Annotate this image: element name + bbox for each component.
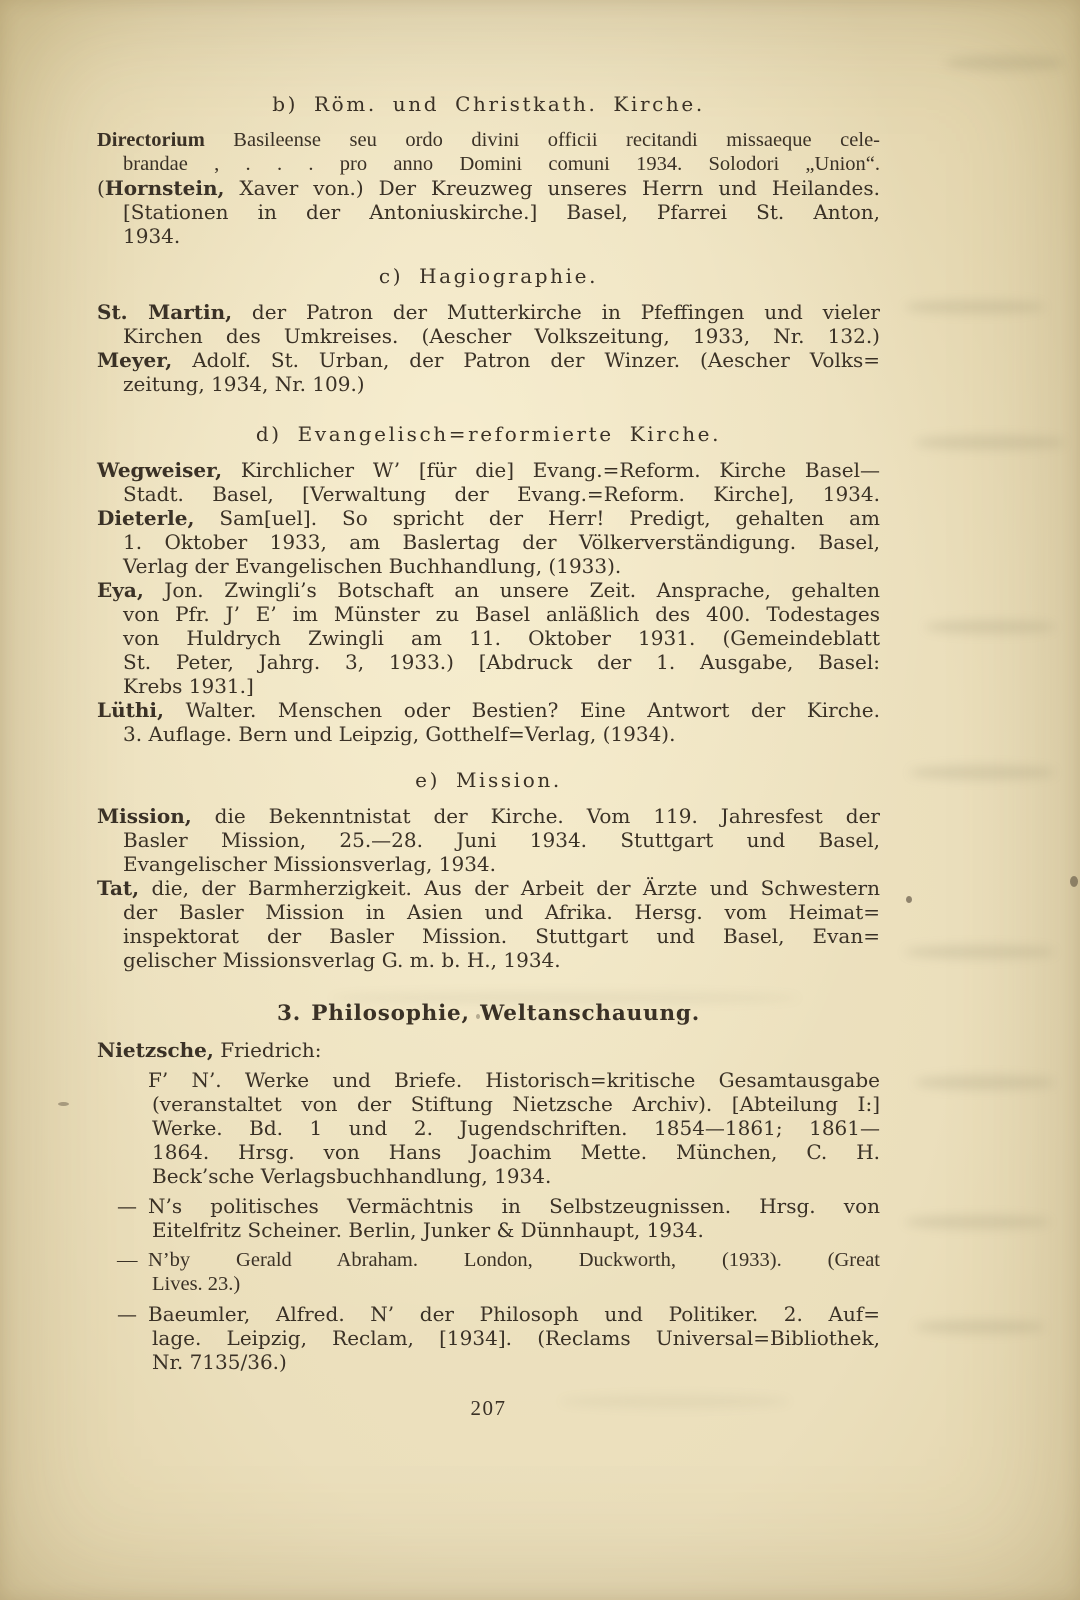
entry-line: Nr. 7135/36.) — [148, 1350, 880, 1374]
entry-text: Xaver von.) Der Kreuzweg unseres Herrn u… — [224, 176, 880, 200]
entry-text: Eitelfritz Scheiner. Berlin, Junker & Dü… — [152, 1218, 704, 1242]
entry-text: 1864. Hrsg. von Hans Joachim Mette. Münc… — [152, 1140, 880, 1164]
entry-text: Verlag der Evangelischen Buchhandlung, (… — [123, 554, 621, 578]
entry-line: von Pfr. J’ E’ im Münster zu Basel anläß… — [97, 602, 880, 626]
entry-lead: Nietzsche, — [97, 1038, 214, 1062]
entry-text: Kirchen des Umkreises. (Aescher Volkszei… — [123, 324, 880, 348]
entry-line: Stadt. Basel, [Verwaltung der Evang.=Ref… — [97, 482, 880, 506]
section-heading-d: d) Evangelisch=reformierte Kirche. — [97, 422, 880, 446]
entry-line: Evangelischer Missionsverlag, 1934. — [97, 852, 880, 876]
entry-line: [Stationen in der Antoniuskirche.] Basel… — [97, 200, 880, 224]
section-phil: 3. Philosophie, Weltanschauung.Nietzsche… — [97, 1002, 880, 1374]
entry-text: St. Peter, Jahrg. 3, 1933.) [Abdruck der… — [123, 650, 880, 674]
entry-nietzsche-vermaechtnis: —N’s politisches Vermächtnis in Selbstze… — [148, 1194, 880, 1242]
entry-text: Werke. Bd. 1 und 2. Jugendschriften. 185… — [152, 1116, 880, 1140]
showthrough-smudge — [925, 620, 1055, 634]
section-b: b) Röm. und Christkath. Kirche.Directori… — [97, 92, 880, 248]
repeat-author-dash: — — [117, 1194, 137, 1218]
entry-line: zeitung, 1934, Nr. 109.) — [97, 372, 880, 396]
entry-text: die Bekenntnistat der Kirche. Vom 119. J… — [192, 804, 880, 828]
entry-line: St. Peter, Jahrg. 3, 1933.) [Abdruck der… — [97, 650, 880, 674]
entry-wegweiser: Wegweiser, Kirchlicher W’ [für die] Evan… — [97, 458, 880, 506]
entry-line: von Huldrych Zwingli am 11. Oktober 1931… — [97, 626, 880, 650]
bibliography-content: b) Röm. und Christkath. Kirche.Directori… — [97, 92, 880, 1420]
entry-text: 1. Oktober 1933, am Baslertag der Völker… — [123, 530, 880, 554]
showthrough-smudge — [915, 1320, 1045, 1334]
entry-line: (Hornstein, Xaver von.) Der Kreuzweg uns… — [97, 176, 880, 200]
entry-text: Jon. Zwingli’s Botschaft an unsere Zeit.… — [144, 578, 880, 602]
entry-line: Lives. 23.) — [148, 1272, 880, 1296]
showthrough-smudge — [910, 765, 1055, 780]
entry-dieterle: Dieterle, Sam[uel]. So spricht der Herr!… — [97, 506, 880, 578]
entry-line: der Basler Mission in Asien und Afrika. … — [97, 900, 880, 924]
entry-tat: Tat, die, der Barmherzigkeit. Aus der Ar… — [97, 876, 880, 972]
entry-lead: Tat, — [97, 876, 139, 900]
showthrough-smudge — [915, 1075, 1055, 1090]
entry-st-martin: St. Martin, der Patron der Mutterkirche … — [97, 300, 880, 348]
entry-directorium: Directorium Basileense seu ordo divini o… — [97, 128, 880, 176]
entry-eya: Eya, Jon. Zwingli’s Botschaft an unsere … — [97, 578, 880, 698]
section-heading-b: b) Röm. und Christkath. Kirche. — [97, 92, 880, 116]
entry-line: Directorium Basileense seu ordo divini o… — [97, 128, 880, 152]
entry-mission: Mission, die Bekenntnistat der Kirche. V… — [97, 804, 880, 876]
entry-text: der Basler Mission in Asien und Afrika. … — [123, 900, 880, 924]
entry-line: —Baeumler, Alfred. N’ der Philosoph und … — [148, 1302, 880, 1326]
repeat-author-dash: — — [117, 1302, 137, 1326]
entry-text: inspektorat der Basler Mission. Stuttgar… — [123, 924, 880, 948]
entry-text: Stadt. Basel, [Verwaltung der Evang.=Ref… — [123, 482, 880, 506]
showthrough-smudge — [905, 945, 1055, 959]
entry-text: der Patron der Mutterkirche in Pfeffinge… — [232, 300, 880, 324]
entry-text: N’s politisches Vermächtnis in Selbstzeu… — [148, 1194, 880, 1218]
entry-line: 1934. — [97, 224, 880, 248]
entry-lead: Dieterle, — [97, 506, 194, 530]
section-heading-c: c) Hagiographie. — [97, 264, 880, 288]
section-heading-e: e) Mission. — [97, 768, 880, 792]
paper-speck — [1070, 876, 1078, 887]
entry-line: St. Martin, der Patron der Mutterkirche … — [97, 300, 880, 324]
showthrough-smudge — [915, 435, 1065, 450]
entry-lead: Lüthi, — [97, 698, 164, 722]
entry-text: von Pfr. J’ E’ im Münster zu Basel anläß… — [123, 602, 880, 626]
entry-text: [Stationen in der Antoniuskirche.] Basel… — [123, 200, 880, 224]
entry-lead: Wegweiser, — [97, 458, 222, 482]
paper-speck — [906, 896, 912, 903]
entry-line: Verlag der Evangelischen Buchhandlung, (… — [97, 554, 880, 578]
section-heading-phil: 3. Philosophie, Weltanschauung. — [97, 1002, 880, 1026]
entry-text: Nr. 7135/36.) — [152, 1350, 287, 1374]
entry-line: gelischer Missionsverlag G. m. b. H., 19… — [97, 948, 880, 972]
entry-text: 1934. — [123, 224, 180, 248]
entry-line: (veranstaltet von der Stiftung Nietzsche… — [148, 1092, 880, 1116]
entry-line: Nietzsche, Friedrich: — [97, 1038, 880, 1062]
entry-text: von Huldrych Zwingli am 11. Oktober 1931… — [123, 626, 880, 650]
entry-text: ( — [97, 176, 105, 200]
scanned-book-page: b) Röm. und Christkath. Kirche.Directori… — [0, 0, 1080, 1600]
entry-line: Krebs 1931.] — [97, 674, 880, 698]
entry-line: brandae , . . . pro anno Domini comuni 1… — [97, 152, 880, 176]
section-d: d) Evangelisch=reformierte Kirche.Wegwei… — [97, 422, 880, 746]
entry-line: —N’by Gerald Abraham. London, Duckworth,… — [148, 1248, 880, 1272]
entry-line: Eitelfritz Scheiner. Berlin, Junker & Dü… — [148, 1218, 880, 1242]
entry-text: brandae , . . . pro anno Domini comuni 1… — [123, 153, 880, 175]
entry-luethi: Lüthi, Walter. Menschen oder Bestien? Ei… — [97, 698, 880, 746]
entry-line: 1864. Hrsg. von Hans Joachim Mette. Münc… — [148, 1140, 880, 1164]
entry-line: Mission, die Bekenntnistat der Kirche. V… — [97, 804, 880, 828]
entry-nietzsche-baeumler: —Baeumler, Alfred. N’ der Philosoph und … — [148, 1302, 880, 1374]
entry-text: Basler Mission, 25.—28. Juni 1934. Stutt… — [123, 828, 880, 852]
entry-text: Kirchlicher W’ [für die] Evang.=Reform. … — [222, 458, 880, 482]
section-c: c) Hagiographie.St. Martin, der Patron d… — [97, 264, 880, 396]
entry-text: Evangelischer Missionsverlag, 1934. — [123, 852, 496, 876]
entry-text: zeitung, 1934, Nr. 109.) — [123, 372, 365, 396]
section-e: e) Mission.Mission, die Bekenntnistat de… — [97, 768, 880, 972]
entry-nietzsche-werke: F’ N’. Werke und Briefe. Historisch=krit… — [148, 1068, 880, 1188]
entry-text: Krebs 1931.] — [123, 674, 254, 698]
entry-lead: St. Martin, — [97, 300, 232, 324]
showthrough-smudge — [905, 300, 1045, 314]
entry-text: Walter. Menschen oder Bestien? Eine Antw… — [164, 698, 880, 722]
entry-line: 3. Auflage. Bern und Leipzig, Gotthelf=V… — [97, 722, 880, 746]
entry-line: Beck’sche Verlagsbuchhandlung, 1934. — [148, 1164, 880, 1188]
entry-text: die, der Barmherzigkeit. Aus der Arbeit … — [139, 876, 880, 900]
entry-lead: Eya, — [97, 578, 144, 602]
entry-text: gelischer Missionsverlag G. m. b. H., 19… — [123, 948, 561, 972]
entry-line: Tat, die, der Barmherzigkeit. Aus der Ar… — [97, 876, 880, 900]
page-number: 207 — [97, 1396, 880, 1420]
entry-text: Lives. 23.) — [152, 1273, 240, 1295]
entry-meyer: Meyer, Adolf. St. Urban, der Patron der … — [97, 348, 880, 396]
entry-text: F’ N’. Werke und Briefe. Historisch=krit… — [148, 1068, 880, 1092]
entry-text: (veranstaltet von der Stiftung Nietzsche… — [152, 1092, 880, 1116]
entry-line: —N’s politisches Vermächtnis in Selbstze… — [148, 1194, 880, 1218]
entry-line: Eya, Jon. Zwingli’s Botschaft an unsere … — [97, 578, 880, 602]
entry-nietzsche-abraham: —N’by Gerald Abraham. London, Duckworth,… — [148, 1248, 880, 1296]
entry-text: Friedrich: — [214, 1038, 322, 1062]
entry-line: 1. Oktober 1933, am Baslertag der Völker… — [97, 530, 880, 554]
entry-lead: Hornstein, — [105, 176, 225, 200]
entry-text: Beck’sche Verlagsbuchhandlung, 1934. — [152, 1164, 551, 1188]
entry-hornstein: (Hornstein, Xaver von.) Der Kreuzweg uns… — [97, 176, 880, 248]
entry-line: lage. Leipzig, Reclam, [1934]. (Reclams … — [148, 1326, 880, 1350]
entry-line: Meyer, Adolf. St. Urban, der Patron der … — [97, 348, 880, 372]
entry-text: Baeumler, Alfred. N’ der Philosoph und P… — [148, 1302, 880, 1326]
entry-lead: Meyer, — [97, 348, 172, 372]
entry-text: Adolf. St. Urban, der Patron der Winzer.… — [172, 348, 880, 372]
entry-line: Kirchen des Umkreises. (Aescher Volkszei… — [97, 324, 880, 348]
entry-text: 3. Auflage. Bern und Leipzig, Gotthelf=V… — [123, 722, 675, 746]
entry-line: Dieterle, Sam[uel]. So spricht der Herr!… — [97, 506, 880, 530]
entry-lead: Mission, — [97, 804, 192, 828]
entry-text: lage. Leipzig, Reclam, [1934]. (Reclams … — [152, 1326, 880, 1350]
entry-line: Basler Mission, 25.—28. Juni 1934. Stutt… — [97, 828, 880, 852]
entry-text: Sam[uel]. So spricht der Herr! Predigt, … — [194, 506, 880, 530]
paper-speck — [58, 1102, 69, 1106]
entry-nietzsche-author: Nietzsche, Friedrich: — [97, 1038, 880, 1062]
entry-line: Wegweiser, Kirchlicher W’ [für die] Evan… — [97, 458, 880, 482]
showthrough-smudge — [945, 55, 1065, 71]
entry-line: Lüthi, Walter. Menschen oder Bestien? Ei… — [97, 698, 880, 722]
showthrough-smudge — [905, 1215, 1050, 1229]
entry-line: Werke. Bd. 1 und 2. Jugendschriften. 185… — [148, 1116, 880, 1140]
repeat-author-dash: — — [117, 1248, 138, 1272]
entry-text: N’by Gerald Abraham. London, Duckworth, … — [148, 1249, 880, 1271]
entry-text: Basileense seu ordo divini officii recit… — [205, 129, 880, 151]
entry-line: inspektorat der Basler Mission. Stuttgar… — [97, 924, 880, 948]
entry-line: F’ N’. Werke und Briefe. Historisch=krit… — [148, 1068, 880, 1092]
entry-lead: Directorium — [97, 129, 205, 151]
